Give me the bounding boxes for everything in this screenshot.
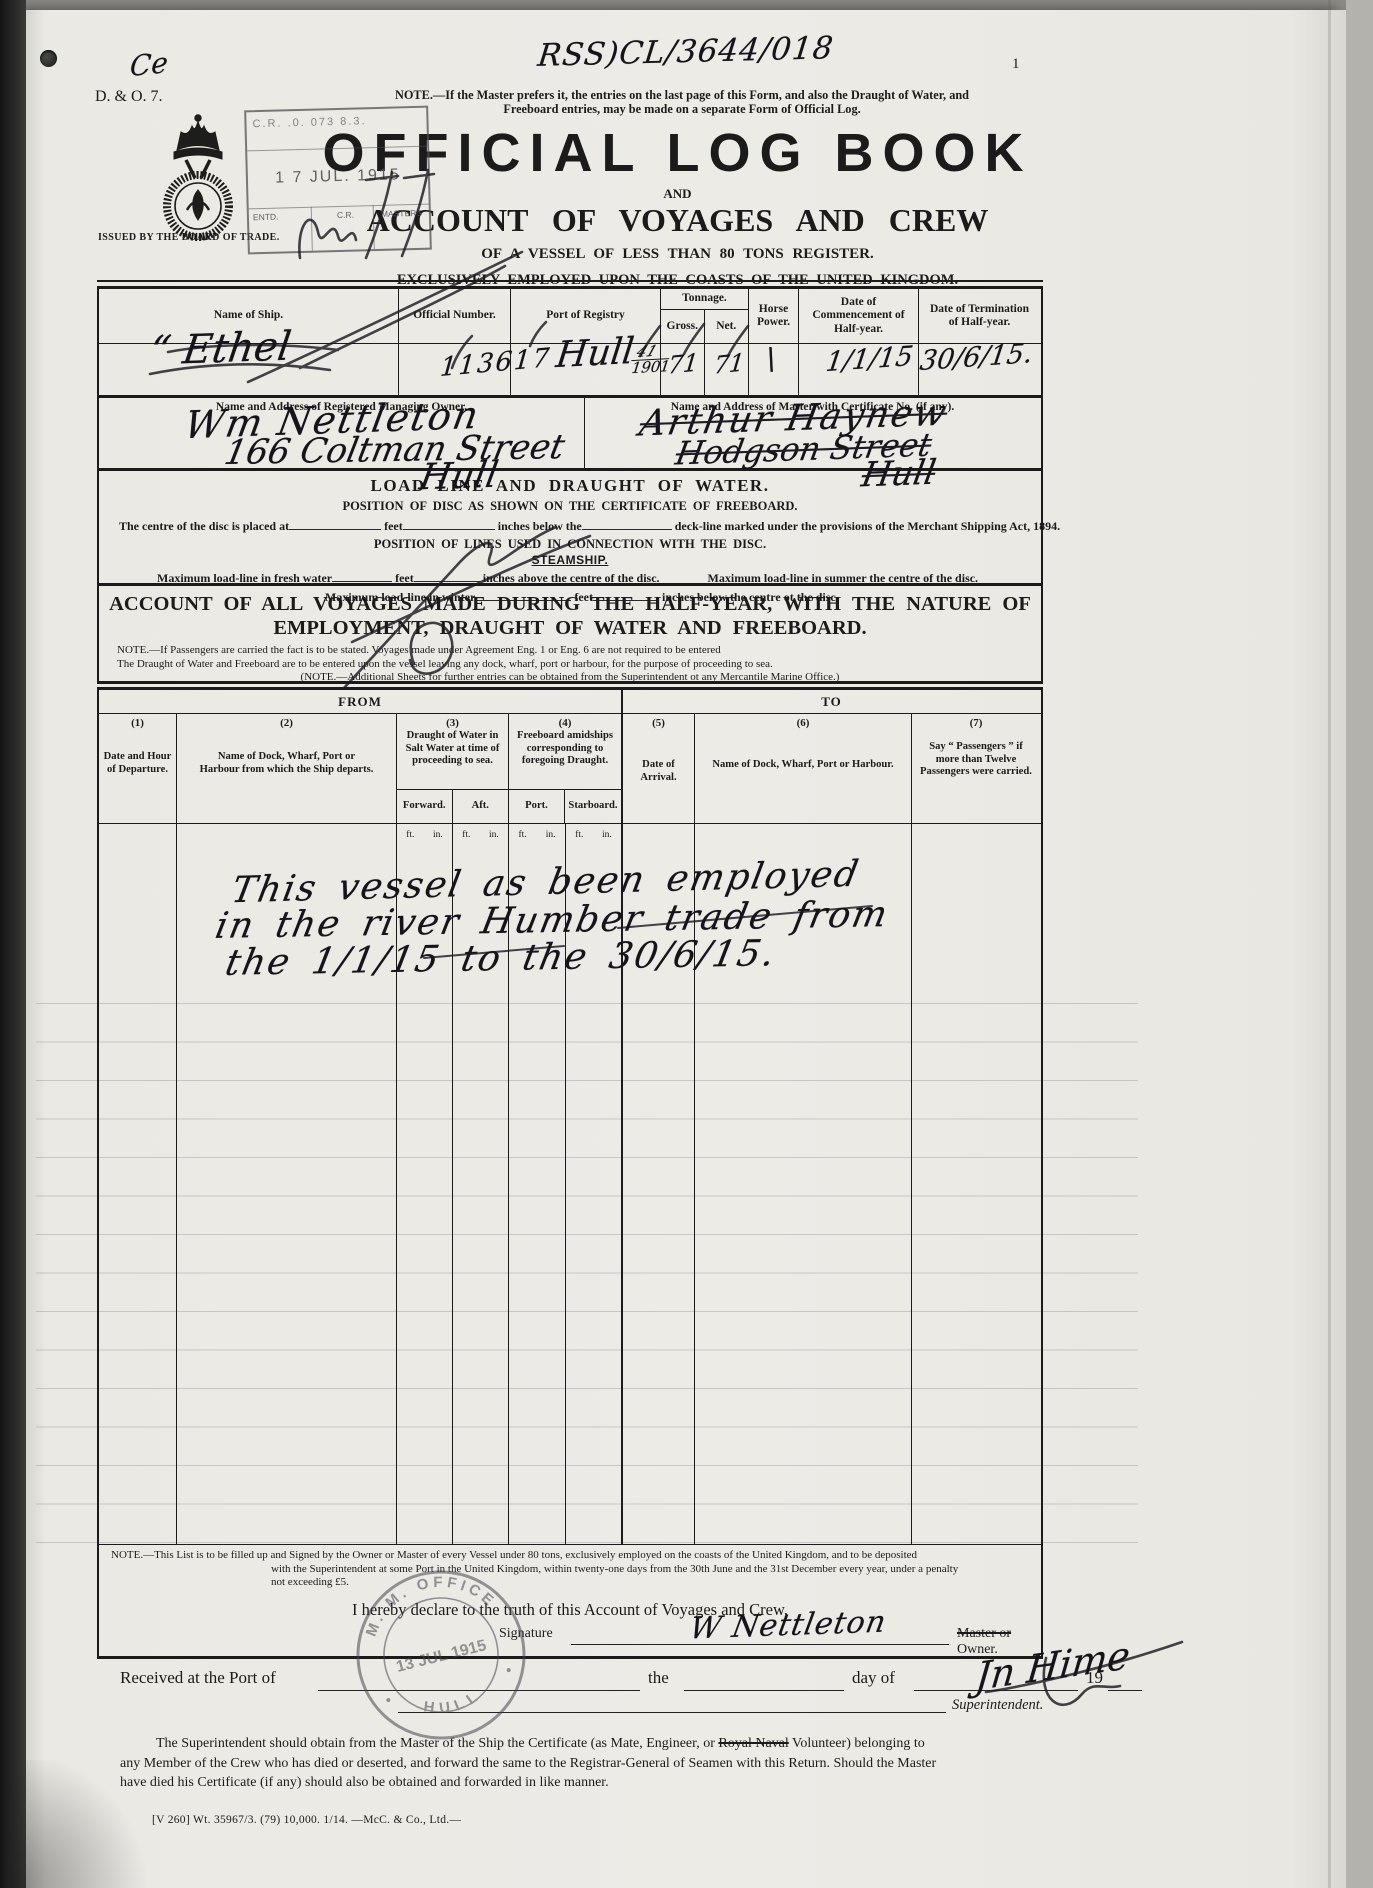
owner-town-value: Hull bbox=[416, 455, 501, 499]
ship-name-value: “ Ethel bbox=[147, 323, 294, 374]
master-town-value: Hull bbox=[858, 453, 938, 496]
round-stamp-date: 13 JUL 1915 bbox=[395, 1637, 489, 1676]
scanned-log-book-page: D. & O. 7. Ce RSS)CL/3644/018 1 NOTE.—If… bbox=[0, 0, 1373, 1888]
port-of-registry-value: Hull411901 bbox=[553, 329, 674, 380]
gross-tonnage-value: 71 bbox=[667, 348, 700, 380]
net-tonnage-value: 71 bbox=[713, 348, 746, 380]
declaration-signature-value: W Nettleton bbox=[687, 1604, 889, 1646]
commencement-date-value: 1/1/15 bbox=[824, 341, 915, 378]
round-stamp-bottom-text: HULL bbox=[419, 1684, 488, 1723]
svg-text:HULL: HULL bbox=[419, 1684, 488, 1723]
handwritten-ce: Ce bbox=[129, 46, 169, 83]
owner-address-value: 166 Coltman Street bbox=[221, 427, 568, 473]
